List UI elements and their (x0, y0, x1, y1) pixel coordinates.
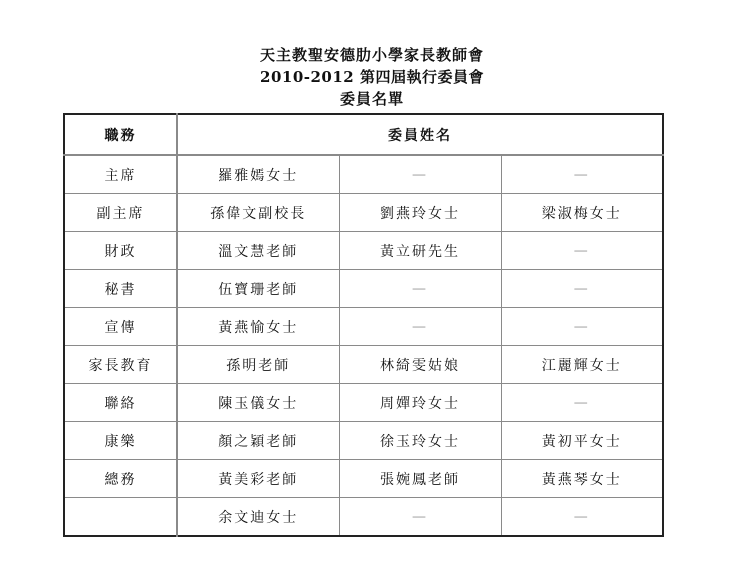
member-name-cell: 顏之穎老師 (177, 422, 339, 460)
member-name-cell: 伍寶珊老師 (177, 270, 339, 308)
member-list-title: 委員名單 (0, 88, 744, 110)
member-name-cell: 黃燕愉女士 (177, 308, 339, 346)
member-name-cell: 周嬋玲女士 (339, 384, 501, 422)
table-body: 主席羅雅嫣女士——副主席孫偉文副校長劉燕玲女士梁淑梅女士財政溫文慧老師黃立研先生… (64, 155, 663, 536)
school-association-title: 天主教聖安德肋小學家長教師會 (0, 44, 744, 66)
member-name-cell: 黃燕琴女士 (501, 460, 663, 498)
member-name-cell: 孫明老師 (177, 346, 339, 384)
member-name-cell: — (339, 308, 501, 346)
member-name-cell: 張婉鳳老師 (339, 460, 501, 498)
member-name-cell: — (501, 232, 663, 270)
table-row: 副主席孫偉文副校長劉燕玲女士梁淑梅女士 (64, 194, 663, 232)
role-cell: 宣傳 (64, 308, 177, 346)
committee-roster-table: 職務 委員姓名 主席羅雅嫣女士——副主席孫偉文副校長劉燕玲女士梁淑梅女士財政溫文… (63, 113, 664, 537)
member-name-cell: — (501, 308, 663, 346)
header-member-names: 委員姓名 (177, 114, 663, 155)
role-cell: 聯絡 (64, 384, 177, 422)
role-cell: 總務 (64, 460, 177, 498)
table-row: 余文迪女士—— (64, 498, 663, 537)
table-row: 聯絡陳玉儀女士周嬋玲女士— (64, 384, 663, 422)
committee-term-title: 2010-2012 第四屆執行委員會 (0, 66, 744, 88)
document-title-block: 天主教聖安德肋小學家長教師會 2010-2012 第四屆執行委員會 委員名單 (0, 44, 744, 110)
table-header-row: 職務 委員姓名 (64, 114, 663, 155)
member-name-cell: — (339, 155, 501, 194)
member-name-cell: — (501, 155, 663, 194)
table-row: 宣傳黃燕愉女士—— (64, 308, 663, 346)
table-row: 康樂顏之穎老師徐玉玲女士黃初平女士 (64, 422, 663, 460)
member-name-cell: 黃初平女士 (501, 422, 663, 460)
role-cell: 康樂 (64, 422, 177, 460)
member-name-cell: — (339, 498, 501, 537)
role-cell: 財政 (64, 232, 177, 270)
header-role: 職務 (64, 114, 177, 155)
member-name-cell: 陳玉儀女士 (177, 384, 339, 422)
role-cell: 家長教育 (64, 346, 177, 384)
member-name-cell: 徐玉玲女士 (339, 422, 501, 460)
table-row: 主席羅雅嫣女士—— (64, 155, 663, 194)
member-name-cell: 林綺雯姑娘 (339, 346, 501, 384)
member-name-cell: 黃立研先生 (339, 232, 501, 270)
role-cell (64, 498, 177, 537)
member-name-cell: — (339, 270, 501, 308)
member-name-cell: 孫偉文副校長 (177, 194, 339, 232)
member-name-cell: 劉燕玲女士 (339, 194, 501, 232)
table-row: 秘書伍寶珊老師—— (64, 270, 663, 308)
member-name-cell: — (501, 384, 663, 422)
member-name-cell: 梁淑梅女士 (501, 194, 663, 232)
table-row: 總務黃美彩老師張婉鳳老師黃燕琴女士 (64, 460, 663, 498)
member-name-cell: — (501, 498, 663, 537)
role-cell: 副主席 (64, 194, 177, 232)
member-name-cell: 黃美彩老師 (177, 460, 339, 498)
member-name-cell: — (501, 270, 663, 308)
member-name-cell: 羅雅嫣女士 (177, 155, 339, 194)
table-row: 財政溫文慧老師黃立研先生— (64, 232, 663, 270)
member-name-cell: 江麗輝女士 (501, 346, 663, 384)
member-name-cell: 余文迪女士 (177, 498, 339, 537)
role-cell: 秘書 (64, 270, 177, 308)
member-name-cell: 溫文慧老師 (177, 232, 339, 270)
table-row: 家長教育孫明老師林綺雯姑娘江麗輝女士 (64, 346, 663, 384)
role-cell: 主席 (64, 155, 177, 194)
